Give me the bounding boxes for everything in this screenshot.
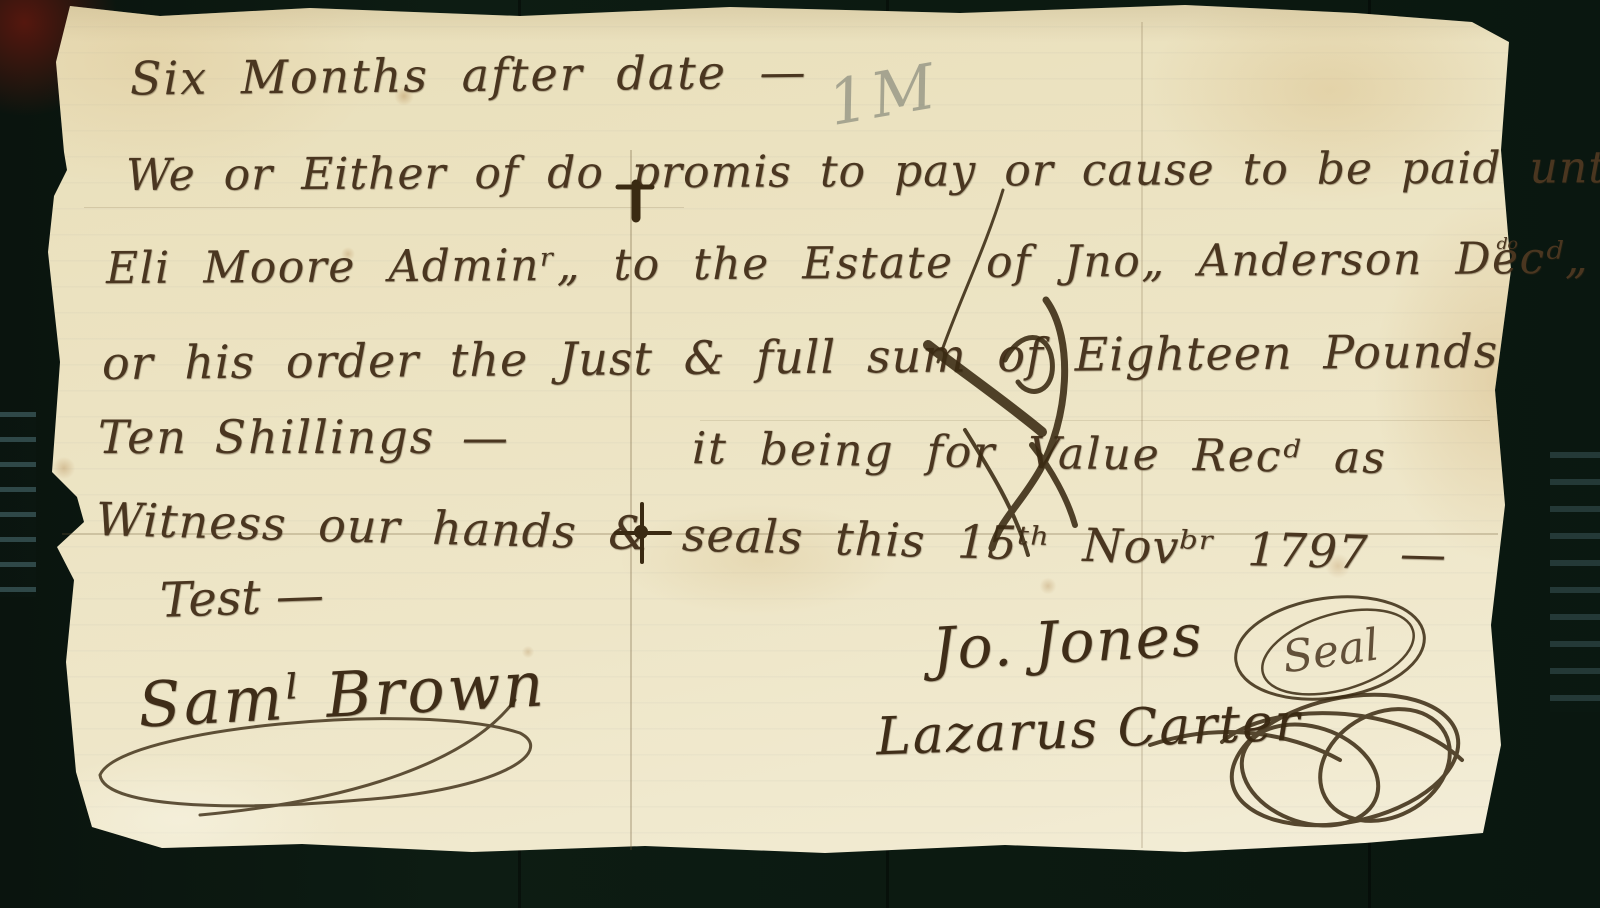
photo-background: Six Months after date — We or Either of … <box>0 0 1600 908</box>
fold-crease-horizontal-3 <box>700 420 1490 421</box>
note-line-value-received: it being for Value Recᵈ as <box>692 423 1388 484</box>
note-line-date-clause: Six Months after date — <box>130 44 808 105</box>
note-line-shillings: Ten Shillings — <box>98 410 510 464</box>
note-line-promise: We or Either of do promis to pay or caus… <box>126 142 1600 201</box>
blind-streaks-left <box>0 412 36 597</box>
note-line-attest: Test — <box>159 567 325 629</box>
note-line-payee-marginal: ᵈᵒ <box>1496 232 1518 265</box>
fold-crease-horizontal-2 <box>84 207 684 208</box>
blind-streaks-right <box>1550 452 1600 712</box>
note-line-payee: Eli Moore Adminʳ„ to the Estate of Jno„ … <box>106 233 1589 294</box>
maker1-signature: Jo. Jones <box>930 601 1205 683</box>
